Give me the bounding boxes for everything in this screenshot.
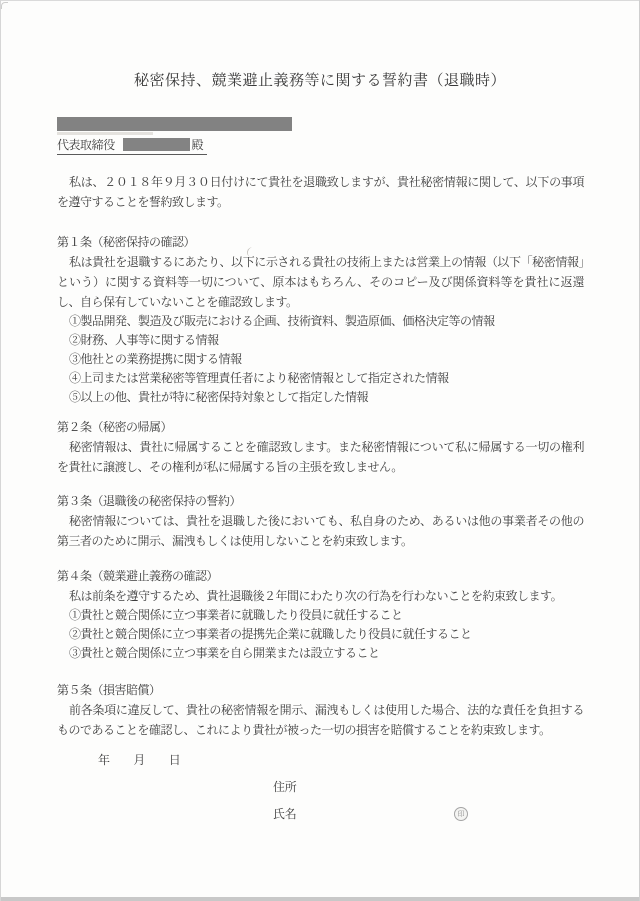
document-body: 代表取締役殿 私は、２０１８年９月３０日付けにて貴社を退職致しますが、貴社秘密情… — [57, 117, 584, 740]
article-4-items: ①貴社と競合関係に立つ事業者に就職したり役員に就任すること ②貴社と競合関係に立… — [69, 606, 584, 663]
article-5-body: 前各条項に違反して、貴社の秘密情報を開示、漏洩もしくは使用した場合、法的な責任を… — [57, 700, 584, 740]
redacted-company-name-bar — [57, 117, 292, 131]
list-item: ①製品開発、製造及び販売における企画、技術資料、製造原価、価格決定等の情報 — [69, 312, 584, 331]
name-label: 氏名 — [273, 807, 297, 821]
article-3: 第３条（退職後の秘密保持の誓約） 秘密情報については、貴社を退職した後においても… — [57, 491, 584, 551]
recipient-line: 代表取締役殿 — [57, 138, 207, 155]
article-4: 第４条（競業避止義務の確認） 私は前条を遵守するため、貴社退職後２年間にわたり次… — [57, 566, 584, 663]
article-1-items: ①製品開発、製造及び販売における企画、技術資料、製造原価、価格決定等の情報 ②財… — [69, 312, 584, 407]
article-5-heading: 第５条（損害賠償） — [57, 680, 584, 700]
seal-icon: 印 — [454, 807, 468, 821]
document-title: 秘密保持、競業避止義務等に関する誓約書（退職時） — [0, 72, 640, 90]
recipient-block: 代表取締役殿 — [57, 117, 584, 155]
date-line: 年 月 日 — [98, 750, 584, 770]
list-item: ①貴社と競合関係に立つ事業者に就職したり役員に就任すること — [69, 606, 584, 625]
redaction-ghost-mark — [57, 132, 153, 135]
name-row: 氏名 印 — [273, 804, 584, 824]
article-4-heading: 第４条（競業避止義務の確認） — [57, 566, 584, 586]
list-item: ②貴社と競合関係に立つ事業者の提携先企業に就職したり役員に就任すること — [69, 625, 584, 644]
seal-character: 印 — [458, 804, 465, 824]
article-2: 第２条（秘密の帰属） 秘密情報は、貴社に帰属することを確認致します。また秘密情報… — [57, 417, 584, 477]
list-item: ⑤以上の他、貴社が特に秘密保持対象として指定した情報 — [69, 388, 584, 407]
address-row: 住所 — [273, 777, 584, 797]
article-3-body: 秘密情報については、貴社を退職した後においても、私自身のため、あるいは他の事業者… — [57, 511, 584, 551]
list-item: ③貴社と競合関係に立つ事業を自ら開業または設立すること — [69, 644, 584, 663]
article-1: 第１条（秘密保持の確認） 私は貴社を退職するにあたり、以下に示される貴社の技術上… — [57, 232, 584, 407]
list-item: ②財務、人事等に関する情報 — [69, 331, 584, 350]
article-1-body: 私は貴社を退職するにあたり、以下に示される貴社の技術上または営業上の情報（以下「… — [57, 252, 584, 312]
recipient-honorific: 殿 — [192, 138, 204, 152]
list-item: ④上司または営業秘密等管理責任者により秘密情報として指定された情報 — [69, 369, 584, 388]
recipient-title-label: 代表取締役 — [57, 138, 115, 152]
address-label: 住所 — [273, 780, 297, 794]
intro-paragraph: 私は、２０１８年９月３０日付けにて貴社を退職致しますが、貴社秘密情報に関して、以… — [57, 172, 584, 212]
article-5: 第５条（損害賠償） 前各条項に違反して、貴社の秘密情報を開示、漏洩もしくは使用し… — [57, 680, 584, 740]
signature-block: 年 月 日 住所 氏名 印 — [57, 750, 584, 824]
scan-corner-mark — [1, 2, 8, 9]
list-item: ③他社との業務提携に関する情報 — [69, 350, 584, 369]
article-2-body: 秘密情報は、貴社に帰属することを確認致します。また秘密情報について私に帰属する一… — [57, 437, 584, 477]
article-3-heading: 第３条（退職後の秘密保持の誓約） — [57, 491, 584, 511]
redacted-recipient-name-box — [123, 138, 190, 151]
article-1-heading: 第１条（秘密保持の確認） — [57, 232, 584, 252]
document-page: 秘密保持、競業避止義務等に関する誓約書（退職時） 代表取締役殿 私は、２０１８年… — [0, 0, 640, 901]
article-2-heading: 第２条（秘密の帰属） — [57, 417, 584, 437]
article-4-body: 私は前条を遵守するため、貴社退職後２年間にわたり次の行為を行わないことを約束致し… — [57, 586, 584, 606]
